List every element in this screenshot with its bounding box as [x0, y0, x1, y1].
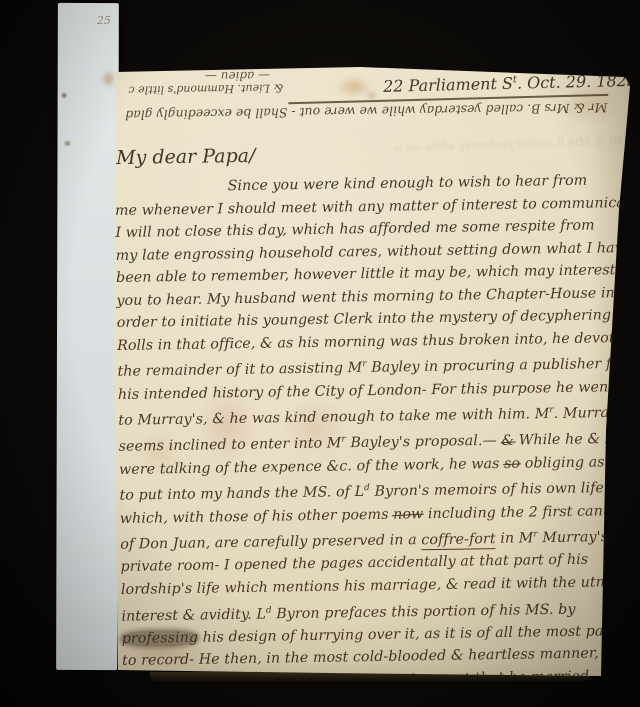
letter-salutation: My dear Papa/ [116, 145, 256, 169]
under-sheet-strip: 25 [56, 3, 119, 670]
strip-stain [101, 69, 117, 89]
upside-down-note-short: & Lieut. Hammond's little c [111, 81, 283, 97]
ink-show-through: Mr & Mrs B. called yesterday while we we… [394, 134, 624, 155]
letter-body: Since you were kind enough to wish to he… [114, 169, 628, 695]
strip-ink-dot [62, 93, 67, 98]
upside-down-note-long: Mr & Mrs B. called yesterday while we we… [107, 100, 607, 123]
letter-dateline: 22 Parliament St. Oct. 29. 1823. [383, 71, 640, 96]
manuscript-photo: 25 25 22 Parliament St. Oct. 29. 1823. —… [0, 0, 640, 707]
strip-ink-dot [64, 141, 70, 146]
strip-page-number: 25 [97, 14, 111, 27]
paper-pencil-number: 25 [575, 57, 588, 68]
